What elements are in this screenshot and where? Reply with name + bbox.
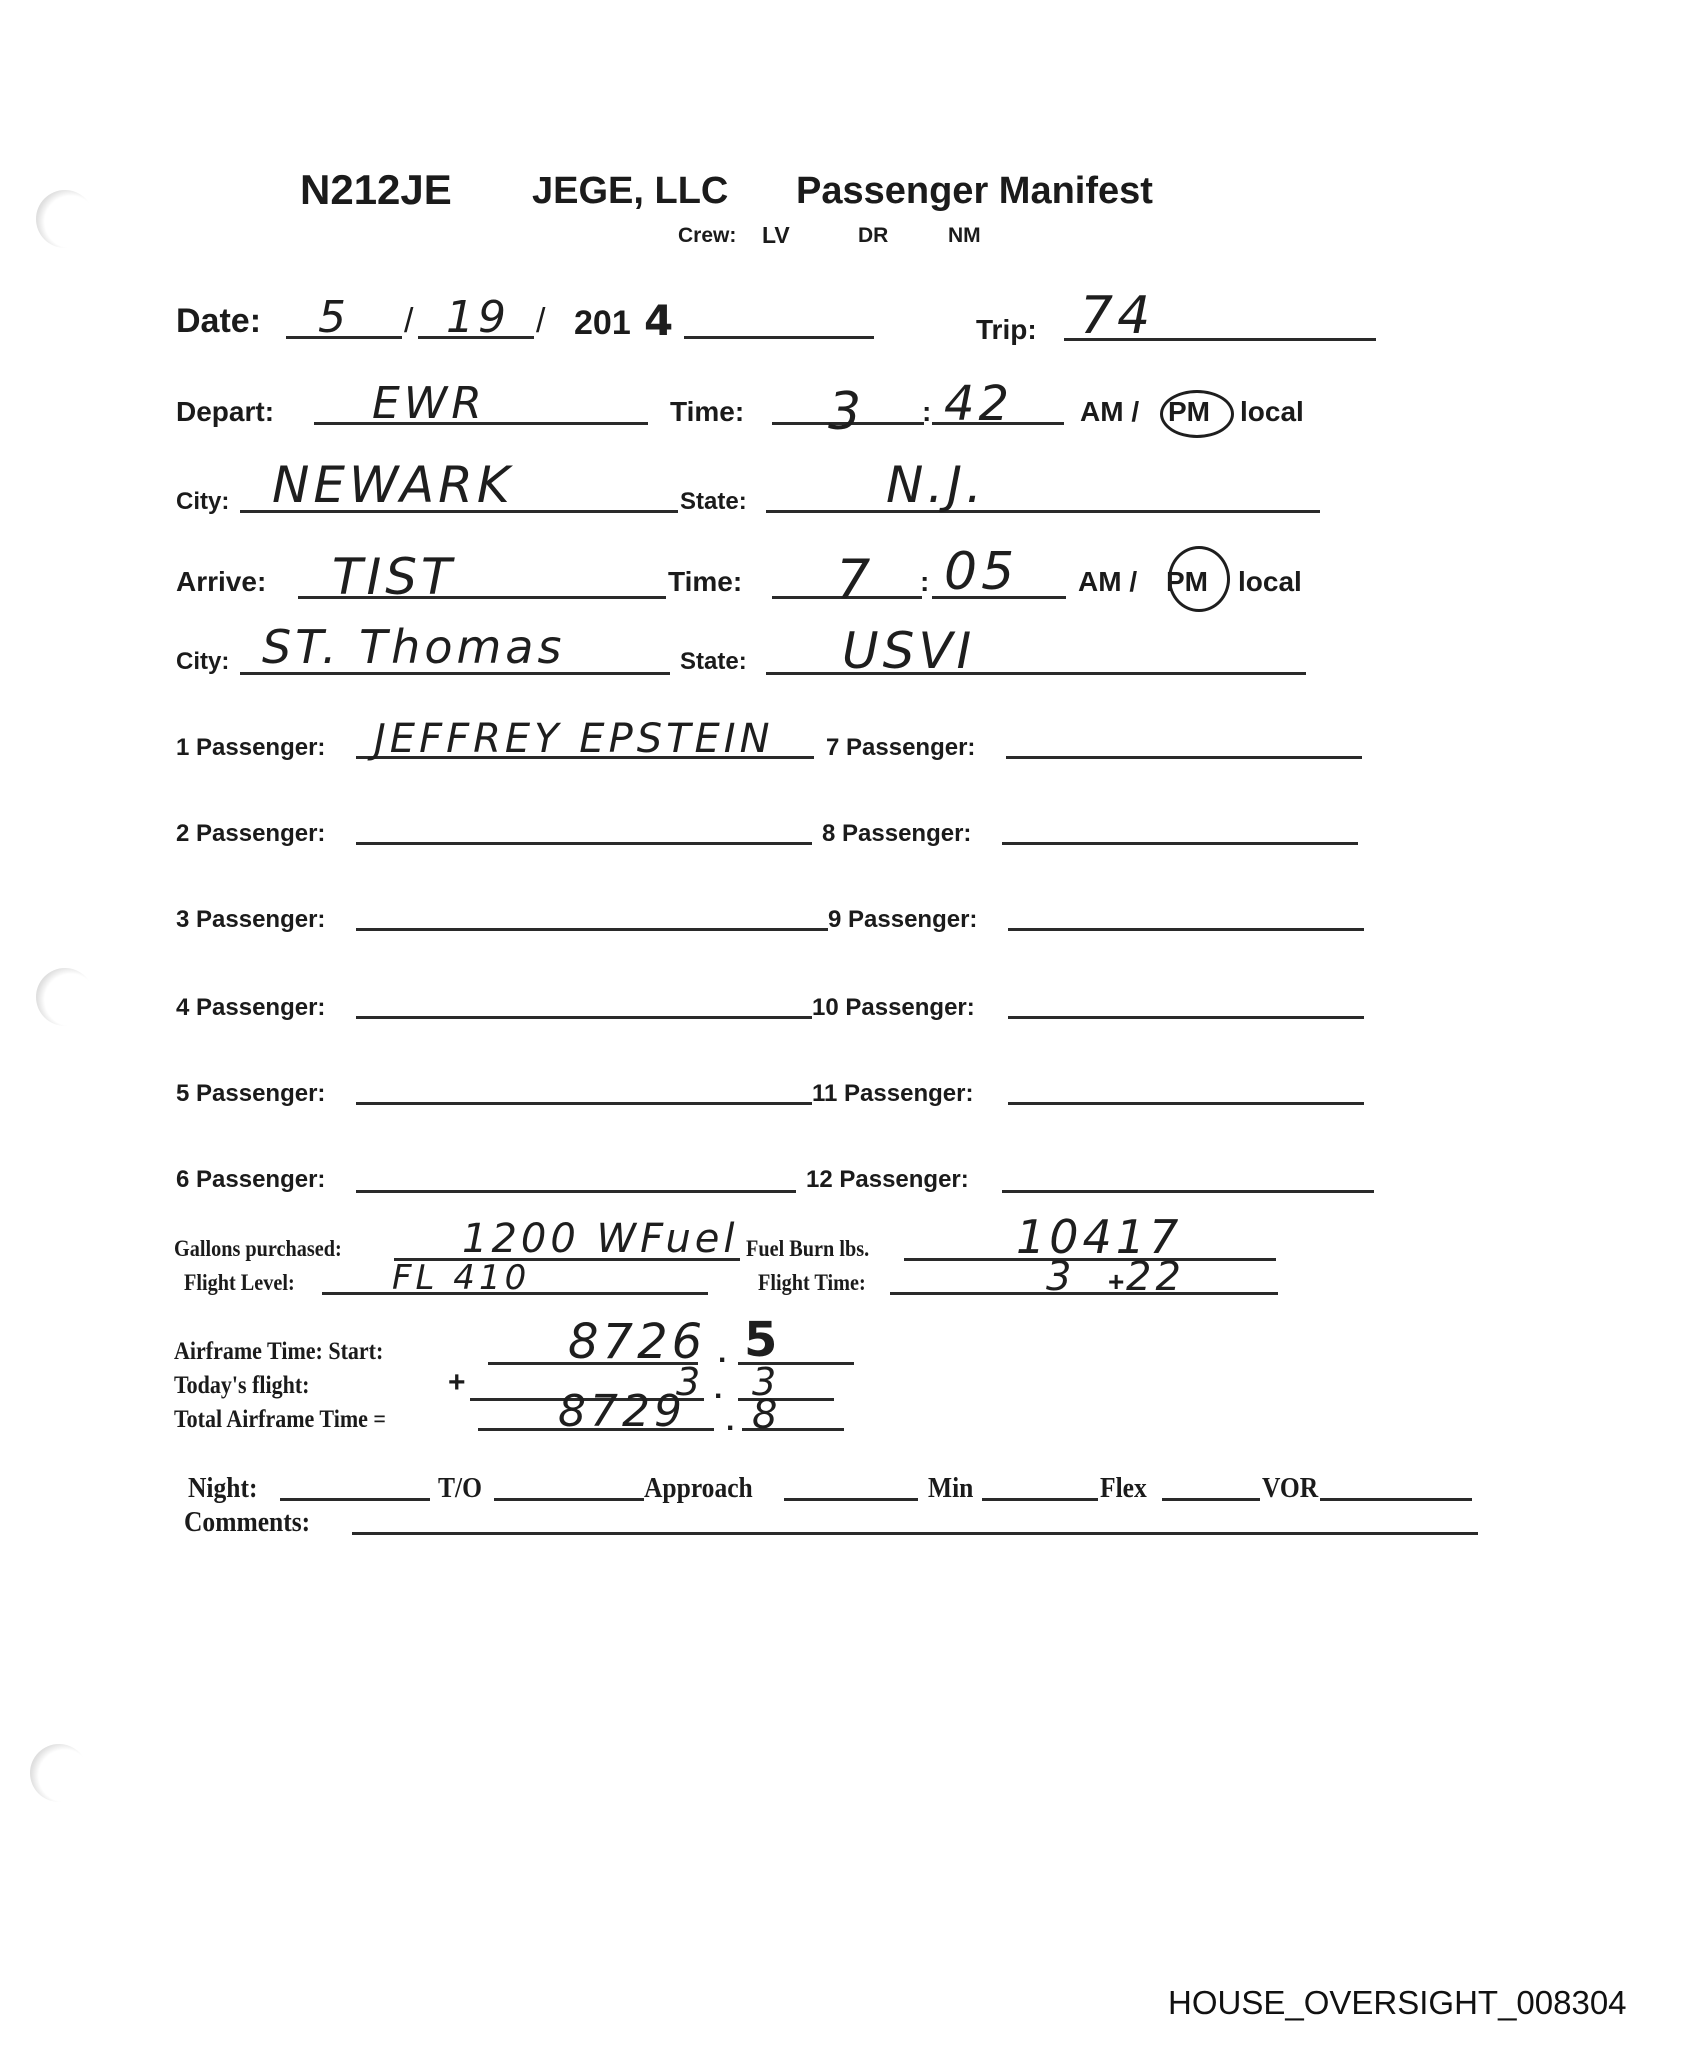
date-year-printed: 201 bbox=[574, 304, 631, 343]
night-label: Night: bbox=[188, 1472, 257, 1505]
passenger-5-field[interactable] bbox=[356, 1102, 812, 1105]
date-label: Date: bbox=[176, 302, 261, 341]
passenger-6-label: 6 Passenger: bbox=[176, 1166, 325, 1194]
arrive-value: TIST bbox=[332, 548, 456, 606]
passenger-2-field[interactable] bbox=[356, 842, 812, 845]
date-separator: / bbox=[404, 302, 413, 341]
depart-label: Depart: bbox=[176, 396, 274, 428]
depart-minute-value: 42 bbox=[944, 376, 1013, 432]
comments-label: Comments: bbox=[184, 1506, 310, 1539]
decimal-point: . bbox=[718, 1336, 726, 1370]
passenger-4-field[interactable] bbox=[356, 1016, 812, 1019]
date-separator: / bbox=[536, 302, 545, 341]
depart-state-value: N.J. bbox=[886, 456, 986, 514]
pm-selected-circle bbox=[1168, 546, 1230, 612]
flight-time-hours: 3 bbox=[1046, 1254, 1075, 1300]
passenger-8-field[interactable] bbox=[1002, 842, 1358, 845]
passenger-4-label: 4 Passenger: bbox=[176, 994, 325, 1022]
crew-member: LV bbox=[762, 222, 790, 249]
passenger-7-label: 7 Passenger: bbox=[826, 734, 975, 762]
page-title: Passenger Manifest bbox=[796, 170, 1153, 213]
depart-hour-value: 3 bbox=[828, 382, 865, 442]
passenger-8-label: 8 Passenger: bbox=[822, 820, 971, 848]
arrive-city-label: City: bbox=[176, 648, 229, 676]
depart-am-option[interactable]: AM / bbox=[1080, 396, 1139, 428]
passenger-1-value: JEFFREY EPSTEIN bbox=[374, 716, 774, 762]
total-airframe-label: Total Airframe Time = bbox=[174, 1406, 386, 1434]
flight-level-value: FL 410 bbox=[392, 1258, 530, 1298]
depart-time-label: Time: bbox=[670, 396, 744, 428]
crew-member: NM bbox=[948, 224, 981, 248]
total-airframe-whole: 8729 bbox=[558, 1386, 686, 1437]
binder-hole-icon bbox=[36, 190, 94, 248]
arrive-am-option[interactable]: AM / bbox=[1078, 566, 1137, 598]
vor-label: VOR bbox=[1262, 1472, 1318, 1505]
min-label: Min bbox=[928, 1472, 973, 1505]
arrive-time-label: Time: bbox=[668, 566, 742, 598]
passenger-11-label: 11 Passenger: bbox=[812, 1080, 973, 1108]
flight-time-label: Flight Time: bbox=[758, 1270, 866, 1296]
approach-field[interactable] bbox=[784, 1498, 918, 1501]
flight-time-minutes: 22 bbox=[1126, 1254, 1185, 1300]
crew-member: DR bbox=[858, 224, 888, 248]
arrive-state-value: USVI bbox=[842, 622, 975, 680]
arrive-minute-value: 05 bbox=[944, 542, 1018, 602]
passenger-10-field[interactable] bbox=[1008, 1016, 1364, 1019]
date-year-digit: 4 bbox=[644, 296, 677, 345]
bates-number: HOUSE_OVERSIGHT_008304 bbox=[1168, 1984, 1627, 2022]
comments-field[interactable] bbox=[352, 1532, 1478, 1535]
local-label: local bbox=[1240, 396, 1304, 428]
depart-state-field[interactable] bbox=[766, 510, 1320, 513]
todays-flight-plus: + bbox=[448, 1366, 466, 1400]
depart-city-label: City: bbox=[176, 488, 229, 516]
depart-city-value: NEWARK bbox=[272, 456, 514, 514]
airframe-start-label: Airframe Time: Start: bbox=[174, 1338, 383, 1366]
arrive-hour-value: 7 bbox=[836, 548, 874, 611]
arrive-city-value: ST. Thomas bbox=[262, 620, 565, 674]
binder-hole-icon bbox=[36, 968, 94, 1026]
passenger-12-label: 12 Passenger: bbox=[806, 1166, 969, 1194]
to-label: T/O bbox=[438, 1472, 482, 1505]
vor-field[interactable] bbox=[1320, 1498, 1472, 1501]
passenger-9-field[interactable] bbox=[1008, 928, 1364, 931]
todays-flight-label: Today's flight: bbox=[174, 1372, 310, 1400]
flight-time-field[interactable] bbox=[890, 1292, 1278, 1295]
passenger-1-label: 1 Passenger: bbox=[176, 734, 325, 762]
local-label: local bbox=[1238, 566, 1302, 598]
passenger-7-field[interactable] bbox=[1006, 756, 1362, 759]
arrive-state-label: State: bbox=[680, 648, 747, 676]
fuel-burn-label: Fuel Burn lbs. bbox=[746, 1236, 869, 1262]
arrive-label: Arrive: bbox=[176, 566, 266, 598]
passenger-2-label: 2 Passenger: bbox=[176, 820, 325, 848]
passenger-5-label: 5 Passenger: bbox=[176, 1080, 325, 1108]
passenger-11-field[interactable] bbox=[1008, 1102, 1364, 1105]
pm-selected-circle bbox=[1160, 390, 1234, 438]
night-field[interactable] bbox=[280, 1498, 430, 1501]
flex-field[interactable] bbox=[1162, 1498, 1260, 1501]
company-name: JEGE, LLC bbox=[532, 170, 728, 213]
binder-hole-icon bbox=[30, 1744, 88, 1802]
passenger-3-label: 3 Passenger: bbox=[176, 906, 325, 934]
date-day-value: 19 bbox=[446, 292, 510, 343]
decimal-point: . bbox=[714, 1372, 722, 1406]
passenger-3-field[interactable] bbox=[356, 928, 828, 931]
gallons-label: Gallons purchased: bbox=[174, 1236, 342, 1262]
crew-label: Crew: bbox=[678, 224, 736, 248]
passenger-10-label: 10 Passenger: bbox=[812, 994, 975, 1022]
approach-label: Approach bbox=[644, 1472, 753, 1505]
time-colon: : bbox=[920, 566, 929, 598]
min-field[interactable] bbox=[982, 1498, 1098, 1501]
time-colon: : bbox=[922, 396, 931, 428]
flight-time-plus: + bbox=[1108, 1266, 1124, 1298]
passenger-6-field[interactable] bbox=[356, 1190, 796, 1193]
total-airframe-tenth: 8 bbox=[752, 1392, 781, 1438]
flight-level-label: Flight Level: bbox=[184, 1270, 295, 1296]
trip-label: Trip: bbox=[976, 314, 1037, 346]
depart-value: EWR bbox=[372, 378, 486, 429]
passenger-12-field[interactable] bbox=[1002, 1190, 1374, 1193]
date-extra-field[interactable] bbox=[684, 336, 874, 339]
depart-state-label: State: bbox=[680, 488, 747, 516]
passenger-9-label: 9 Passenger: bbox=[828, 906, 977, 934]
trip-value: 74 bbox=[1080, 286, 1154, 346]
decimal-point: . bbox=[726, 1404, 734, 1438]
flex-label: Flex bbox=[1100, 1472, 1147, 1505]
to-field[interactable] bbox=[494, 1498, 644, 1501]
date-month-value: 5 bbox=[318, 292, 350, 343]
tail-number: N212JE bbox=[300, 166, 452, 214]
gallons-value: 1200 WFuel bbox=[462, 1216, 739, 1262]
